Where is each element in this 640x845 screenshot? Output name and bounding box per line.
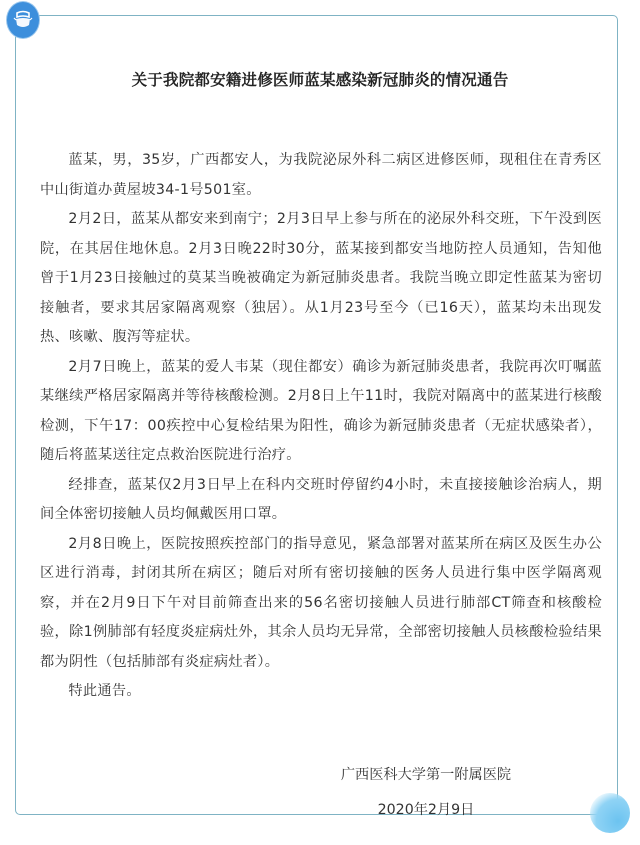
paragraph-closing: 特此通告。	[40, 677, 602, 707]
signature-organization: 广西医科大学第一附属医院	[326, 758, 526, 793]
notice-title: 关于我院都安籍进修医师蓝某感染新冠肺炎的情况通告	[0, 68, 640, 90]
paragraph-personal-info: 蓝某，男，35岁，广西都安人，为我院泌尿外科二病区进修医师，现租住在青秀区中山街…	[40, 146, 602, 205]
signature-block: 广西医科大学第一附属医院 2020年2月9日	[326, 758, 526, 828]
notice-body: 蓝某，男，35岁，广西都安人，为我院泌尿外科二病区进修医师，现租住在青秀区中山街…	[40, 146, 602, 707]
face-mask-glyph	[11, 8, 35, 32]
mask-icon	[7, 2, 39, 38]
paragraph-diagnosis: 2月7日晚上，蓝某的爱人韦某（现住都安）确诊为新冠肺炎患者，我院再次叮嘱蓝某继续…	[40, 353, 602, 471]
paragraph-response: 2月8日晚上，医院按照疾控部门的指导意见，紧急部署对蓝某所在病区及医生办公区进行…	[40, 530, 602, 678]
paragraph-timeline: 2月2日，蓝某从都安来到南宁；2月3日早上参与所在的泌尿外科交班，下午没到医院，…	[40, 205, 602, 353]
paragraph-investigation: 经排查，蓝某仅2月3日早上在科内交班时停留约4小时，未直接接触诊治病人，期间全体…	[40, 471, 602, 530]
signature-date: 2020年2月9日	[326, 793, 526, 828]
blue-circle-decoration	[590, 793, 630, 833]
